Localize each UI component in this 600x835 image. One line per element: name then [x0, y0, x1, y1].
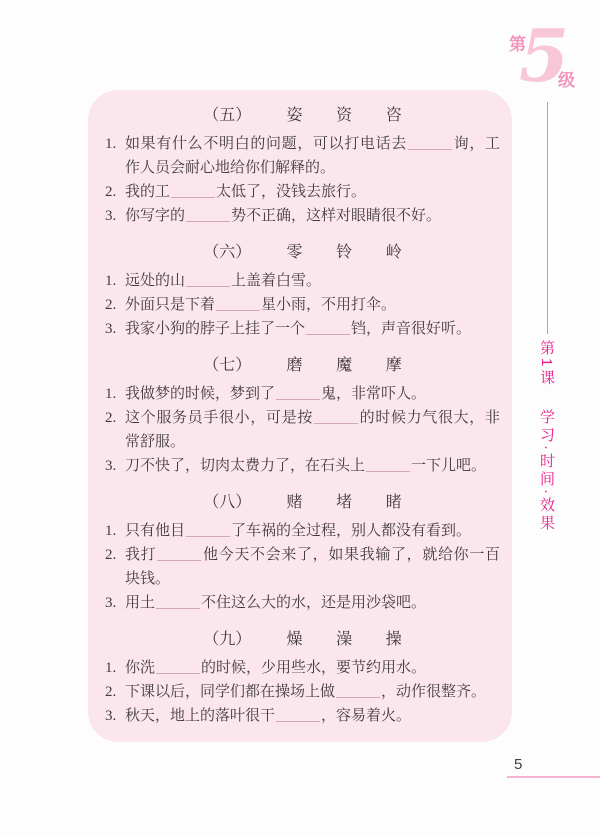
item-text: 我家小狗的脖子上挂了一个铛，声音很好听。 — [125, 321, 471, 337]
chapter-topic-label: 学习·时间·效果 — [538, 409, 555, 533]
answer-blank — [186, 273, 230, 287]
character-option: 铃 — [336, 244, 352, 261]
exercise-item: 3.刀不快了，切肉太费力了，在石头上一下儿吧。 — [105, 454, 500, 478]
answer-blank — [314, 410, 358, 424]
character-option: 燥 — [286, 631, 302, 648]
section-number: （九） — [203, 631, 251, 648]
item-text: 用土不住这么大的水，还是用沙袋吧。 — [125, 595, 426, 611]
exercise-item: 1.我做梦的时候，梦到了鬼，非常吓人。 — [105, 382, 500, 406]
item-number: 3. — [105, 704, 116, 728]
character-option: 堵 — [336, 494, 352, 511]
section-title: （五）姿资咨 — [105, 104, 500, 128]
answer-blank — [186, 523, 230, 537]
exercise-section: （六）零铃岭1.远处的山上盖着白雪。2.外面只是下着星小雨，不用打伞。3.我家小… — [105, 241, 500, 341]
character-option: 岭 — [386, 244, 402, 261]
exercise-item: 2.这个服务员手很小，可是按的时候力气很大，非常舒服。 — [105, 406, 500, 454]
item-text: 你洗的时候，少用些水，要节约用水。 — [125, 660, 426, 676]
footer-rule — [507, 776, 600, 778]
exercise-item: 2.我的工太低了，没钱去旅行。 — [105, 180, 500, 204]
item-text: 秋天，地上的落叶很干，容易着火。 — [125, 708, 411, 724]
section-title: （九）燥澡操 — [105, 628, 500, 652]
answer-blank — [408, 136, 452, 150]
character-option: 澡 — [336, 631, 352, 648]
item-number: 1. — [105, 132, 116, 156]
item-text: 如果有什么不明白的问题，可以打电话去询，工作人员会耐心地给你们解释的。 — [125, 136, 500, 176]
item-number: 1. — [105, 656, 116, 680]
item-number: 1. — [105, 382, 116, 406]
character-option: 睹 — [386, 494, 402, 511]
chapter-side-label: 第1课 学习·时间·效果 — [536, 340, 557, 533]
section-number: （五） — [203, 107, 251, 124]
exercise-item: 1.如果有什么不明白的问题，可以打电话去询，工作人员会耐心地给你们解释的。 — [105, 132, 500, 180]
exercise-item: 1.只有他目了车祸的全过程，别人都没有看到。 — [105, 519, 500, 543]
item-number: 2. — [105, 293, 116, 317]
exercise-section: （九）燥澡操1.你洗的时候，少用些水，要节约用水。2.下课以后，同学们都在操场上… — [105, 628, 500, 728]
item-number: 1. — [105, 269, 116, 293]
level-prefix: 第 — [509, 30, 526, 55]
exercise-section: （七）磨魔摩1.我做梦的时候，梦到了鬼，非常吓人。2.这个服务员手很小，可是按的… — [105, 354, 500, 478]
item-text: 下课以后，同学们都在操场上做，动作很整齐。 — [125, 684, 486, 700]
exercise-item: 3.你写字的势不正确，这样对眼睛很不好。 — [105, 204, 500, 228]
section-number: （七） — [203, 357, 251, 374]
exercise-section: （八）赌堵睹1.只有他目了车祸的全过程，别人都没有看到。2.我打他今天不会来了，… — [105, 491, 500, 615]
exercise-item: 1.远处的山上盖着白雪。 — [105, 269, 500, 293]
section-number: （六） — [203, 244, 251, 261]
answer-blank — [156, 660, 200, 674]
answer-blank — [276, 708, 320, 722]
item-number: 3. — [105, 204, 116, 228]
answer-blank — [366, 458, 410, 472]
item-text: 你写字的势不正确，这样对眼睛很不好。 — [125, 208, 441, 224]
item-text: 只有他目了车祸的全过程，别人都没有看到。 — [125, 523, 471, 539]
section-number: （八） — [203, 494, 251, 511]
item-number: 3. — [105, 317, 116, 341]
exercise-item: 3.用土不住这么大的水，还是用沙袋吧。 — [105, 591, 500, 615]
item-text: 我做梦的时候，梦到了鬼，非常吓人。 — [125, 386, 426, 402]
answer-blank — [186, 208, 230, 222]
item-number: 3. — [105, 454, 116, 478]
character-option: 资 — [336, 107, 352, 124]
answer-blank — [336, 684, 380, 698]
exercise-item: 2.下课以后，同学们都在操场上做，动作很整齐。 — [105, 680, 500, 704]
level-badge: 5 第 级 — [505, 20, 577, 100]
character-option: 姿 — [286, 107, 302, 124]
item-number: 1. — [105, 519, 116, 543]
character-option: 操 — [386, 631, 402, 648]
item-number: 3. — [105, 591, 116, 615]
character-option: 零 — [286, 244, 302, 261]
answer-blank — [216, 297, 260, 311]
chapter-lesson-label: 第1课 — [538, 340, 555, 387]
exercise-item: 2.外面只是下着星小雨，不用打伞。 — [105, 293, 500, 317]
item-text: 刀不快了，切肉太费力了，在石头上一下儿吧。 — [125, 458, 486, 474]
side-divider-line — [547, 102, 548, 334]
character-option: 磨 — [286, 357, 302, 374]
exercise-section: （五）姿资咨1.如果有什么不明白的问题，可以打电话去询，工作人员会耐心地给你们解… — [105, 104, 500, 228]
answer-blank — [306, 321, 350, 335]
item-number: 2. — [105, 680, 116, 704]
item-number: 2. — [105, 543, 116, 567]
item-text: 我打他今天不会来了，如果我输了，就给你一百块钱。 — [125, 547, 500, 587]
section-title: （七）磨魔摩 — [105, 354, 500, 378]
character-option: 咨 — [386, 107, 402, 124]
character-option: 赌 — [286, 494, 302, 511]
exercise-item: 2.我打他今天不会来了，如果我输了，就给你一百块钱。 — [105, 543, 500, 591]
level-suffix: 级 — [558, 66, 575, 91]
item-number: 2. — [105, 406, 116, 430]
item-number: 2. — [105, 180, 116, 204]
section-title: （六）零铃岭 — [105, 241, 500, 265]
page-number: 5 — [514, 756, 522, 773]
workbook-page: 5 第 级 第1课 学习·时间·效果 （五）姿资咨1.如果有什么不明白的问题，可… — [0, 0, 600, 835]
character-option: 摩 — [386, 357, 402, 374]
item-text: 这个服务员手很小，可是按的时候力气很大，非常舒服。 — [125, 410, 500, 450]
item-text: 外面只是下着星小雨，不用打伞。 — [125, 297, 396, 313]
answer-blank — [171, 184, 215, 198]
answer-blank — [156, 595, 200, 609]
answer-blank — [276, 386, 320, 400]
character-option: 魔 — [336, 357, 352, 374]
item-text: 我的工太低了，没钱去旅行。 — [125, 184, 366, 200]
exercise-item: 3.我家小狗的脖子上挂了一个铛，声音很好听。 — [105, 317, 500, 341]
exercise-item: 3.秋天，地上的落叶很干，容易着火。 — [105, 704, 500, 728]
section-title: （八）赌堵睹 — [105, 491, 500, 515]
exercise-panel: （五）姿资咨1.如果有什么不明白的问题，可以打电话去询，工作人员会耐心地给你们解… — [88, 90, 512, 742]
answer-blank — [157, 547, 201, 561]
item-text: 远处的山上盖着白雪。 — [125, 273, 321, 289]
exercise-item: 1.你洗的时候，少用些水，要节约用水。 — [105, 656, 500, 680]
